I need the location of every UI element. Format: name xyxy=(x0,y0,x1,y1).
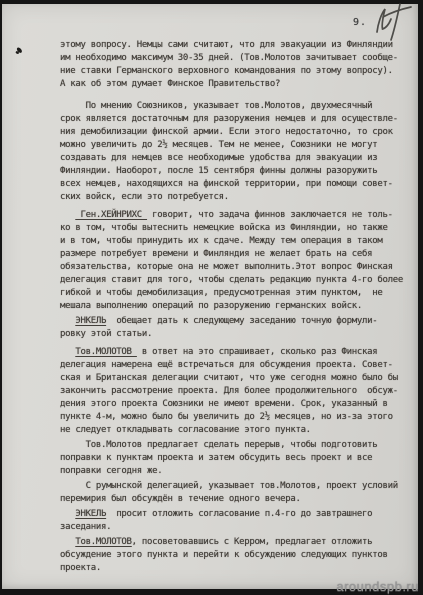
paragraph: Тов.Молотов предлагает сделать перерыв, … xyxy=(60,439,416,478)
text-line: пункте 4-м, можно было бы увеличить до 2… xyxy=(60,411,416,424)
text-line: делегация намерена ещё встречаться для о… xyxy=(60,359,416,372)
text-line: проекта. xyxy=(60,562,416,575)
text-line: ко в том, чтобы вытеснить немецкие войск… xyxy=(60,222,416,235)
paragraph: ЭНКЕЛЬ просит отложить согласование п.4-… xyxy=(60,508,416,534)
text-line: Тов.МОЛОТОВ, посоветовавшись с Керром, п… xyxy=(60,536,416,549)
paragraph: По мнению Союзников, указывает тов.Молот… xyxy=(60,100,416,204)
text-line: обсуждение этого пункта и перейти к обсу… xyxy=(60,549,416,562)
text-line: мешала выполнению операций по разоружени… xyxy=(60,300,416,313)
text-line: ния демобилизации финской армии. Если эт… xyxy=(60,126,416,139)
text-line: По мнению Союзников, указывает тов.Молот… xyxy=(60,100,416,113)
text-line: обязательства, которые она не может выпо… xyxy=(60,261,416,274)
paragraph: ЭНКЕЛЬ обещает дать к следующему заседан… xyxy=(60,315,416,341)
ink-blot xyxy=(13,42,25,61)
text-line: Ген.ХЕЙНРИХС говорит, что задача финнов … xyxy=(60,209,416,222)
text-line: им необходимо максимум 30-35 дней. (Тов.… xyxy=(60,52,416,65)
scanned-page: 9. этому вопросу. Немцы сами считают, чт… xyxy=(0,0,423,595)
text-line: можно увеличить до 2½ месяцев. Тем не ме… xyxy=(60,139,416,152)
text-line: этому вопросу. Немцы сами считают, что д… xyxy=(60,39,416,52)
text-line: срок является достаточным для разоружени… xyxy=(60,113,416,126)
text-line: ская и Британская делегации считают, что… xyxy=(60,372,416,385)
text-line: Финляндии. Наоборот, после 15 сентября ф… xyxy=(60,165,416,178)
text-line: перемирия был обсуждён в течение одного … xyxy=(60,493,416,506)
text-line: дения этого проекта Союзники не имеют вр… xyxy=(60,398,416,411)
text-line: всех немцев, находящихся на финской терр… xyxy=(60,178,416,191)
text-line: ских войск, если это потребуется. xyxy=(60,191,416,204)
text-line: ние ставки Германского верховного команд… xyxy=(60,65,416,78)
text-line: гибкой и чтобы демобилизация, предусмотр… xyxy=(60,287,416,300)
text-line: Тов.Молотов предлагает сделать перерыв, … xyxy=(60,439,416,452)
text-line: ЭНКЕЛЬ просит отложить согласование п.4-… xyxy=(60,508,416,521)
page-number: 9. xyxy=(353,17,367,28)
text-line: ЭНКЕЛЬ обещает дать к следующему заседан… xyxy=(60,315,416,328)
text-line: размере потребует времени и Финляндия не… xyxy=(60,248,416,261)
text-line: закончить рассмотрение проекта. Для боле… xyxy=(60,385,416,398)
text-line: Тов.МОЛОТОВ в ответ на это спрашивает, с… xyxy=(60,346,416,359)
paragraph: Ген.ХЕЙНРИХС говорит, что задача финнов … xyxy=(60,209,416,313)
text-line: ровку этой статьи. xyxy=(60,328,416,341)
document-body: этому вопросу. Немцы сами считают, что д… xyxy=(60,39,416,575)
paragraph: Тов.МОЛОТОВ, посоветовавшись с Керром, п… xyxy=(60,536,416,575)
text-line: и в том, чтобы принудить их к сдаче. Меж… xyxy=(60,235,416,248)
text-line: поправки сегодня же. xyxy=(60,465,416,478)
text-line: поправки к пунктам проекта и затем обсуд… xyxy=(60,452,416,465)
text-line: С румынской делегацией, указывает тов.Мо… xyxy=(60,480,416,493)
text-line: заседания. xyxy=(60,521,416,534)
text-line: создавать для немцев все необходимые удо… xyxy=(60,152,416,165)
text-line: делегация ставит для того, чтобы сделать… xyxy=(60,274,416,287)
paragraph: Тов.МОЛОТОВ в ответ на это спрашивает, с… xyxy=(60,346,416,437)
text-line: не следует откладывать согласование этог… xyxy=(60,424,416,437)
paragraph: этому вопросу. Немцы сами считают, что д… xyxy=(60,39,416,91)
watermark: aroundspb.ru xyxy=(336,579,419,594)
paragraph: С румынской делегацией, указывает тов.Мо… xyxy=(60,480,416,506)
text-line: А как об этом думает Финское Правительст… xyxy=(60,78,416,91)
